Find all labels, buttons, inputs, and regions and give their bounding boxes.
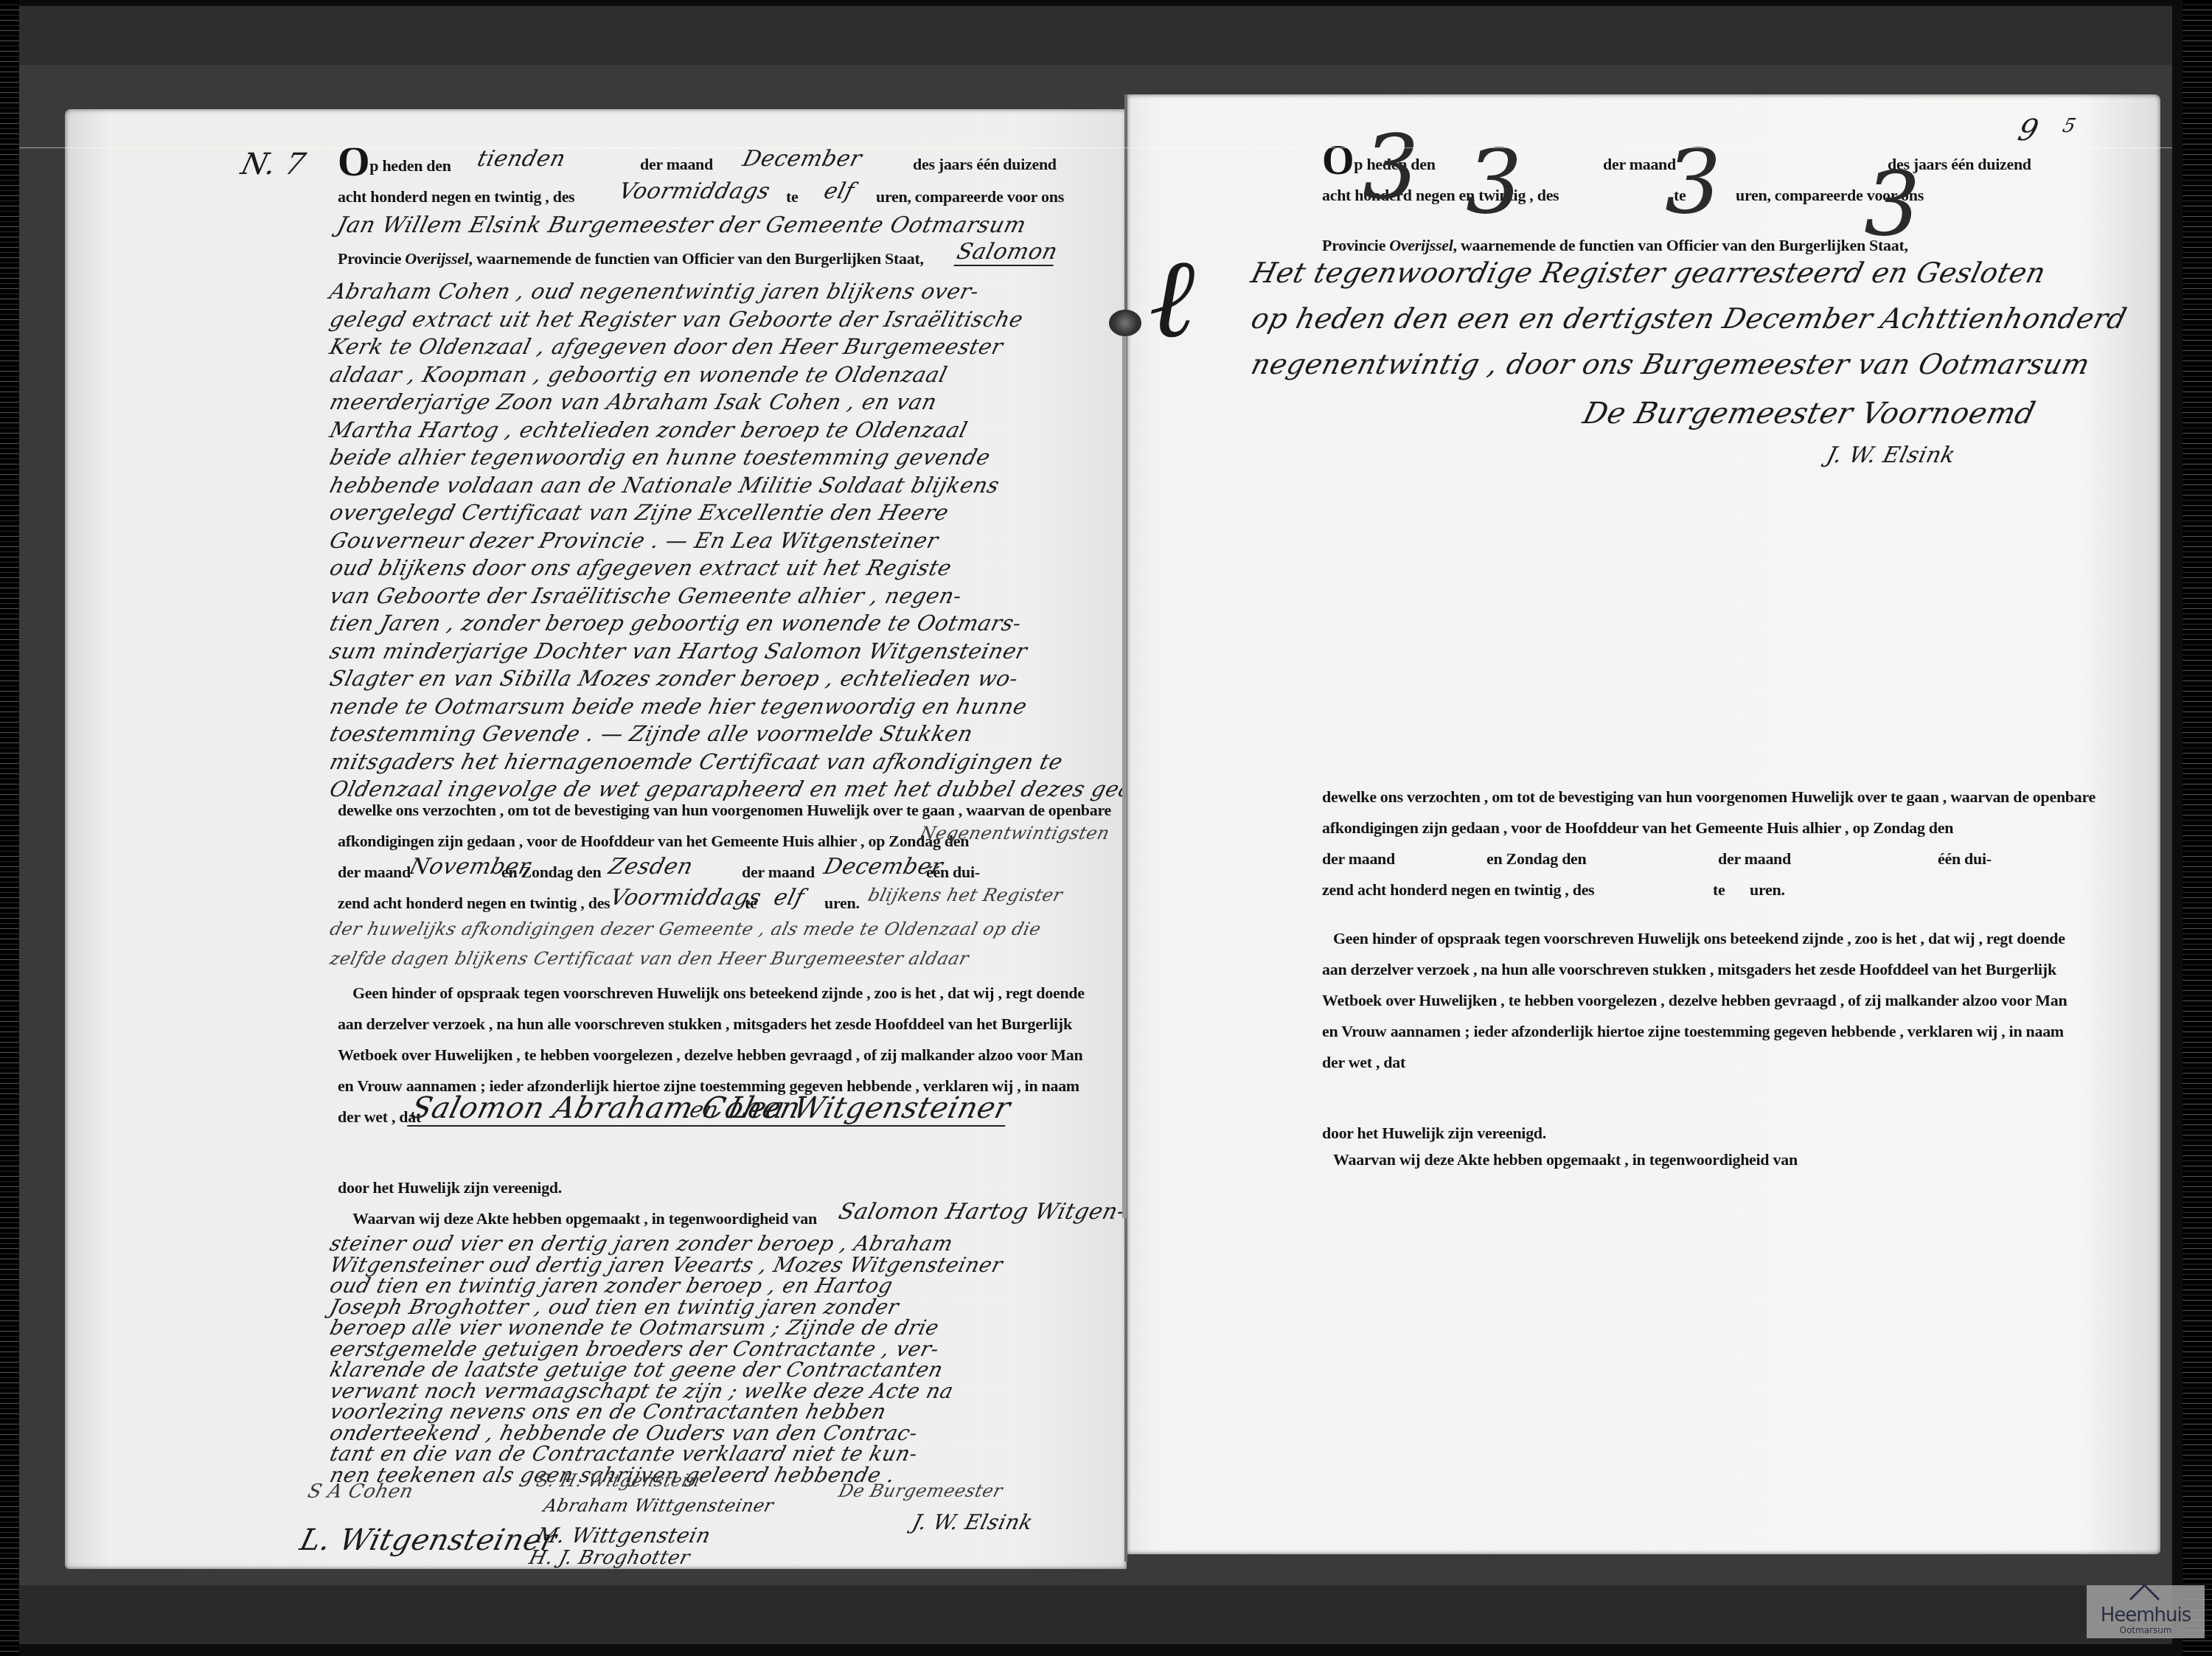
- handwritten-line: der huwelijks afkondigingen dezer Gemeen…: [328, 919, 1043, 939]
- printed-decl-2: aan derzelver verzoek , na hun alle voor…: [1322, 960, 2056, 979]
- printed-banns-3d: één dui-: [1938, 849, 1992, 869]
- left-page: N. 7 Op heden den tienden der maand Dece…: [65, 109, 1127, 1569]
- handwritten-line: Oldenzaal ingevolge de wet geparapheerd …: [327, 776, 1240, 801]
- field-banns-date-2: Zesden: [606, 854, 696, 880]
- signature-bride: L. Witgensteiner: [296, 1523, 560, 1557]
- printed-banns-4b: te: [745, 894, 757, 913]
- handwritten-line: meerderjarige Zoon van Abraham Isak Cohe…: [327, 389, 940, 414]
- printed-banns-4a: zend acht honderd negen en twintig , des: [1322, 880, 1594, 900]
- printed-der-maand: der maand: [640, 155, 713, 174]
- printed-banns-1: dewelke ons verzochten , om tot de beves…: [338, 801, 1111, 820]
- field-official: Jan Willem Elsink Burgemeester der Gemee…: [335, 212, 1029, 238]
- printed-witnesses: Waarvan wij deze Akte hebben opgemaakt ,…: [1333, 1150, 1798, 1169]
- handwritten-line: Het tegenwoordige Register gearresteerd …: [1248, 257, 2050, 289]
- handwritten-line: gelegd extract uit het Register van Gebo…: [327, 307, 1026, 332]
- printed-decl-3: Wetboek over Huwelijken , te hebben voor…: [338, 1046, 1082, 1065]
- signature-groom: S A Cohen: [305, 1481, 416, 1503]
- scan-background-bottom: [19, 1585, 2172, 1644]
- strike-mark-2: 3: [1466, 139, 1522, 227]
- field-banns-hour: elf: [771, 885, 807, 911]
- handwritten-line: hebbende voldaan aan de Nationale Militi…: [327, 473, 1002, 498]
- heemhuis-watermark: Heemhuis Ootmarsum: [2087, 1585, 2205, 1638]
- printed-line-4: Provincie Overijssel, waarnemende de fun…: [338, 249, 924, 268]
- handwritten-line: van Geboorte der Israëlitische Gemeente …: [327, 583, 964, 608]
- handwritten-line: tien Jaren , zonder beroep geboortig en …: [327, 610, 1024, 636]
- printed-line-2a: acht honderd negen en twintig , des: [1322, 186, 1559, 205]
- closing-signoff: De Burgemeester Voornoemd: [1579, 397, 2039, 431]
- scan-background-band: [19, 6, 2172, 65]
- printed-banns-4a: zend acht honderd negen en twintig , des: [338, 894, 610, 913]
- printed-banns-4c: uren.: [1750, 880, 1785, 900]
- printed-line-4: Provincie Overijssel, waarnemende de fun…: [1322, 236, 1908, 255]
- closing-signature: J. W. Elsink: [1824, 442, 1958, 468]
- field-month: December: [740, 146, 865, 172]
- printed-decl-3: Wetboek over Huwelijken , te hebben voor…: [1322, 991, 2067, 1010]
- handwritten-line: aldaar , Koopman , geboortig en wonende …: [327, 362, 950, 387]
- printed-banns-3b: en Zondag den: [1486, 849, 1586, 869]
- printed-decl-4: en Vrouw aannamen ; ieder afzonderlijk h…: [1322, 1022, 2064, 1041]
- entry-number: N. 7: [237, 147, 309, 181]
- signature-witness-1: S. H. Witgenstein: [535, 1470, 703, 1491]
- watermark-title: Heemhuis: [2090, 1604, 2202, 1627]
- scanner-edge-right: [2183, 0, 2212, 1656]
- binding-cord: [1122, 333, 1127, 1218]
- page-number-secondary: 5: [2060, 115, 2079, 137]
- handwritten-line: Gouverneur dezer Provincie . — En Lea Wi…: [327, 528, 942, 553]
- handwritten-line: blijkens het Register: [866, 885, 1065, 905]
- printed-banns-2: afkondigingen zijn gedaan , voor de Hoof…: [1322, 818, 1953, 838]
- signature-mayor-title: De Burgemeester: [837, 1481, 1005, 1501]
- strike-mark-3: 3: [1665, 139, 1721, 227]
- handwritten-line: overgelegd Certificaat van Zijne Excelle…: [327, 500, 952, 525]
- printed-decl-1: Geen hinder of opspraak tegen voorschrev…: [1333, 929, 2065, 948]
- watermark-subtitle: Ootmarsum: [2090, 1625, 2202, 1635]
- right-page: 9 5 Op heden den der maand des jaars één…: [1127, 94, 2160, 1554]
- signature-witness-4: H. J. Broghotter: [526, 1547, 692, 1569]
- printed-decl-5: der wet , dat: [1322, 1053, 1405, 1072]
- signature-witness-2: Abraham Wittgensteiner: [542, 1495, 776, 1516]
- field-day: tienden: [475, 146, 568, 172]
- scanner-edge-left: [0, 0, 19, 1656]
- field-groom-first-name: Salomon: [953, 239, 1060, 266]
- scan-artifact-line: [19, 147, 2172, 148]
- printed-banns-3d: één dui-: [926, 863, 980, 882]
- handwritten-line: Slagter en van Sibilla Mozes zonder bero…: [327, 666, 1021, 691]
- strike-mark-1: 3: [1363, 124, 1419, 212]
- printed-banns-3c: der maand: [742, 863, 815, 882]
- handwritten-line: Kerk te Oldenzaal , afgegeven door den H…: [327, 334, 1006, 359]
- field-banns-date-1: Negenentwintigsten: [918, 823, 1112, 843]
- printed-decl-2: aan derzelver verzoek , na hun alle voor…: [338, 1015, 1072, 1034]
- page-number: 9: [2014, 114, 2042, 147]
- printed-decl-1: Geen hinder of opspraak tegen voorschrev…: [352, 984, 1085, 1003]
- field-witness-start: Salomon Hartog Witgen-: [836, 1199, 1129, 1225]
- printed-line-2a: acht honderd negen en twintig , des: [338, 187, 574, 206]
- printed-year-prefix: des jaars één duizend: [913, 155, 1057, 174]
- field-banns-daypart: Voormiddags: [608, 885, 765, 911]
- printed-witnesses: Waarvan wij deze Akte hebben opgemaakt ,…: [352, 1209, 817, 1228]
- handwritten-line: Martha Hartog , echtelieden zonder beroe…: [327, 417, 970, 442]
- signature-witness-3: M. Wittgenstein: [534, 1523, 714, 1548]
- printed-banns-3a: der maand: [1322, 849, 1395, 869]
- printed-banns-4b: te: [1713, 880, 1725, 900]
- printed-united: door het Huwelijk zijn vereenigd.: [338, 1178, 562, 1197]
- handwritten-line: oud blijkens door ons afgegeven extract …: [327, 555, 955, 580]
- wax-seal: [1109, 310, 1141, 336]
- handwritten-line: toestemming Gevende . — Zijnde alle voor…: [327, 721, 975, 746]
- printed-te: te: [786, 187, 799, 206]
- handwritten-line: mitsgaders het hiernagenoemde Certificaa…: [327, 749, 1065, 774]
- field-couple-bride: Lea Witgensteiner: [724, 1091, 1014, 1127]
- closing-flourish: ℓ: [1149, 234, 1194, 363]
- signature-mayor: J. W. Elsink: [910, 1510, 1035, 1534]
- handwritten-line: Abraham Cohen , oud negenentwintig jaren…: [327, 279, 982, 304]
- printed-banns-4c: uren.: [824, 894, 860, 913]
- handwritten-line: nende te Ootmarsum beide mede hier tegen…: [327, 694, 1030, 719]
- handwritten-line: op heden den een en dertigsten December …: [1248, 302, 2130, 335]
- handwritten-line: zelfde dagen blijkens Certificaat van de…: [328, 948, 972, 969]
- printed-banns-2: afkondigingen zijn gedaan , voor de Hoof…: [338, 832, 969, 851]
- strike-mark-4: 3: [1864, 161, 1920, 249]
- printed-banns-3b: en Zondag den: [501, 863, 601, 882]
- field-daypart: Voormiddags: [616, 178, 773, 204]
- printed-banns-1: dewelke ons verzochten , om tot de beves…: [1322, 787, 2096, 807]
- printed-banns-3a: der maand: [338, 863, 411, 882]
- printed-united: door het Huwelijk zijn vereenigd.: [1322, 1124, 1546, 1143]
- handwritten-line: negenentwintig , door ons Burgemeester v…: [1248, 348, 2094, 380]
- field-hour: elf: [821, 178, 858, 204]
- handwritten-line: sum minderjarige Dochter van Hartog Salo…: [327, 639, 1030, 664]
- printed-banns-3c: der maand: [1718, 849, 1791, 869]
- printed-line-2c: uren, compareerde voor ons: [876, 187, 1064, 206]
- handwritten-line: beide alhier tegenwoordig en hunne toest…: [327, 445, 993, 470]
